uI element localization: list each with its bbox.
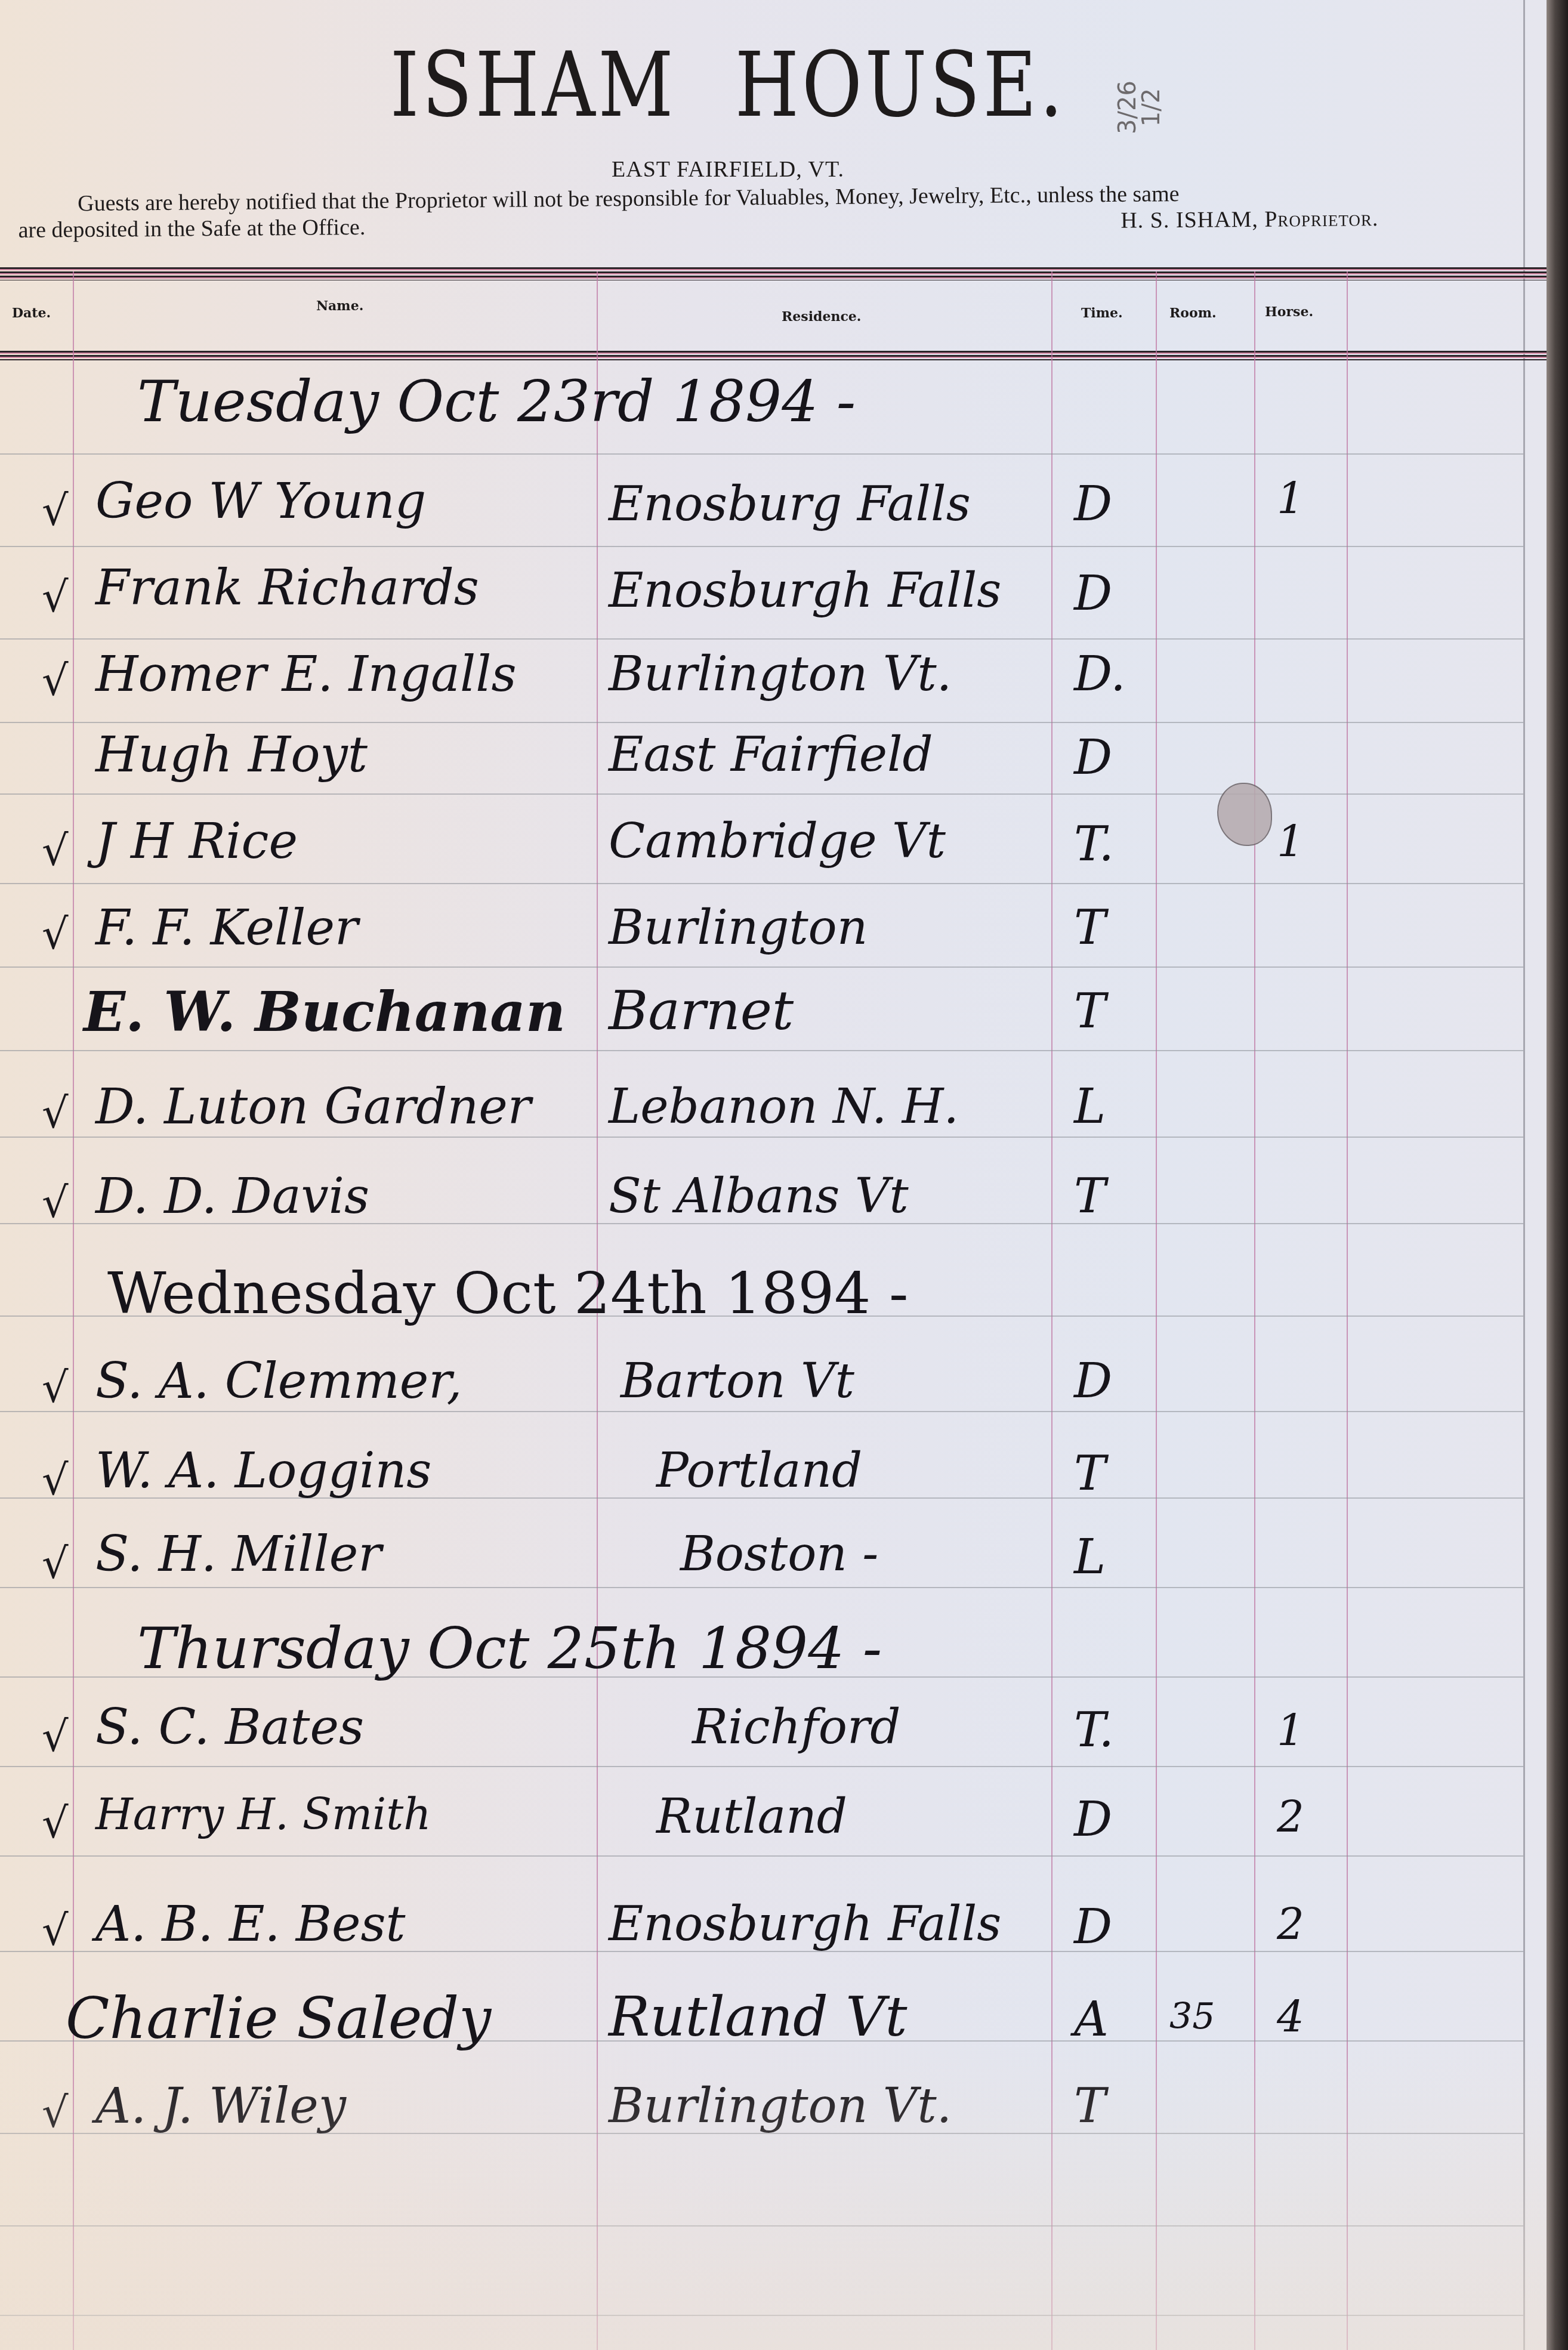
column-header-time: Time. [1081,305,1123,321]
date-heading-thursday: Thursday Oct 25th 1894 - [137,1620,882,1677]
divider-residence-time [1051,271,1052,2350]
book-binding-edge [1547,0,1568,2350]
pencil-annotation: 3/26 1/2 [1116,72,1199,143]
ruled-line [0,1587,1523,1588]
arrival-time: A [1074,1996,1109,2043]
ruled-line [0,2315,1523,2316]
ruled-line [0,722,1523,723]
guest-residence: Barton Vt [621,1357,854,1405]
checkmark-icon: √ [42,826,69,875]
arrival-time: T [1074,904,1106,952]
guest-name: Charlie Saledy [66,1990,491,2047]
ruled-line [0,966,1523,968]
horse-count: 1 [1277,1709,1304,1752]
guest-residence: Richford [692,1703,900,1751]
hotel-location: EAST FAIRFIELD, VT. [0,156,1456,183]
guest-residence: Barnet [609,984,794,1038]
guest-name: S. C. Bates [95,1703,364,1752]
arrival-time: T [1074,1450,1106,1497]
ruled-line [0,453,1523,455]
checkmark-icon: √ [42,486,69,535]
arrival-time: D [1074,1357,1112,1405]
checkmark-icon: √ [42,656,69,705]
column-header-horse: Horse. [1265,304,1313,320]
column-header-date: Date. [12,305,51,321]
guest-name: Geo W Young [95,477,426,526]
arrival-time: T. [1074,1706,1114,1754]
arrival-time: D [1074,570,1112,617]
guest-name: D. D. Davis [95,1172,369,1221]
guest-residence: Burlington Vt. [609,650,952,698]
arrival-time: D [1074,734,1112,782]
checkmark-icon: √ [42,1456,69,1505]
ink-stain [1217,783,1272,846]
arrival-time: D [1074,1903,1112,1951]
guest-name: E. W. Buchanan [84,984,566,1039]
register-page: ISHAMHOUSE. 3/26 1/2 EAST FAIRFIELD, VT.… [0,0,1547,2350]
column-header-room: Room. [1169,305,1217,321]
ruled-line [0,793,1523,795]
horse-count: 1 [1277,477,1304,520]
guest-residence: Rutland [656,1793,847,1841]
guest-residence: Rutland Vt [609,1990,908,2045]
room-number: 35 [1169,1999,1215,2034]
checkmark-icon: √ [42,1799,69,1848]
checkmark-icon: √ [42,573,69,622]
guest-residence: Enosburgh Falls [609,567,1001,614]
guest-residence: Enosburgh Falls [609,1900,1001,1948]
guest-residence: St Albans Vt [609,1172,909,1220]
guest-residence: Burlington Vt. [609,2082,952,2130]
guest-name: Harry H. Smith [95,1793,431,1836]
guest-residence: Portland [656,1447,862,1494]
divider-time-room [1156,271,1157,2350]
ruled-line [0,546,1523,547]
date-heading-wednesday: Wednesday Oct 24th 1894 - [107,1265,908,1322]
guest-residence: Burlington [609,904,868,952]
checkmark-icon: √ [42,1178,69,1227]
checkmark-icon: √ [42,1712,69,1761]
checkmark-icon: √ [42,1363,69,1412]
checkmark-icon: √ [42,1089,69,1138]
header-rule-bottom [0,351,1547,360]
notice-line-2: are deposited in the Safe at the Office. [18,214,365,243]
ruled-line [0,1411,1523,1412]
guest-name: S. A. Clemmer, [95,1357,462,1406]
arrival-time: L [1074,1083,1106,1131]
ruled-line [0,2225,1523,2227]
arrival-time: T [1074,987,1106,1035]
guest-residence: Lebanon N. H. [609,1083,959,1131]
guest-name: J H Rice [95,817,298,866]
ruled-line [0,638,1523,640]
guest-name: A. J. Wiley [95,2082,346,2131]
arrival-time: D [1074,480,1112,528]
divider-room-horse [1254,271,1255,2350]
guest-name: A. B. E. Best [95,1900,406,1949]
checkmark-icon: √ [42,1906,69,1955]
column-header-name: Name. [316,298,363,314]
checkmark-icon: √ [42,1539,69,1588]
guest-residence: Cambridge Vt [609,817,946,865]
guest-name: D. Luton Gardner [95,1083,531,1132]
guest-name: Frank Richards [95,564,479,613]
guest-name: Homer E. Ingalls [95,650,517,699]
title-word-isham: ISHAM [390,33,676,137]
horse-count: 1 [1277,820,1304,863]
ruled-line [0,1855,1523,1857]
proprietor-signature: H. S. ISHAM, Proprietor. [1121,205,1379,234]
ruled-line [0,1766,1523,1767]
checkmark-icon: √ [42,2088,69,2137]
divider-horse-blank [1347,271,1348,2350]
horse-count: 4 [1277,1996,1304,2039]
arrival-time: T [1074,1172,1106,1220]
ruled-line [0,1050,1523,1051]
column-header-residence: Residence. [782,309,861,325]
guest-residence: Enosburg Falls [609,480,971,528]
guest-residence: East Fairfield [609,731,933,779]
guest-name: F. F. Keller [95,904,358,953]
ruled-line [0,883,1523,884]
header-rule-top [0,267,1547,280]
date-heading-tuesday: Tuesday Oct 23rd 1894 - [137,373,856,430]
arrival-time: L [1074,1533,1106,1581]
arrival-time: T. [1074,820,1114,868]
arrival-time: D. [1074,650,1126,698]
arrival-time: T [1074,2082,1106,2130]
guest-residence: Boston - [680,1530,878,1578]
horse-count: 2 [1277,1903,1304,1946]
title-word-house: HOUSE. [735,33,1066,137]
liability-notice: Guests are hereby notified that the Prop… [18,178,1450,243]
guest-name: W. A. Loggins [95,1447,431,1496]
guest-name: Hugh Hoyt [95,731,368,780]
ruled-line [0,1137,1523,1138]
checkmark-icon: √ [42,910,69,959]
arrival-time: D [1074,1796,1112,1843]
guest-name: S. H. Miller [95,1530,381,1579]
horse-count: 2 [1277,1796,1304,1839]
